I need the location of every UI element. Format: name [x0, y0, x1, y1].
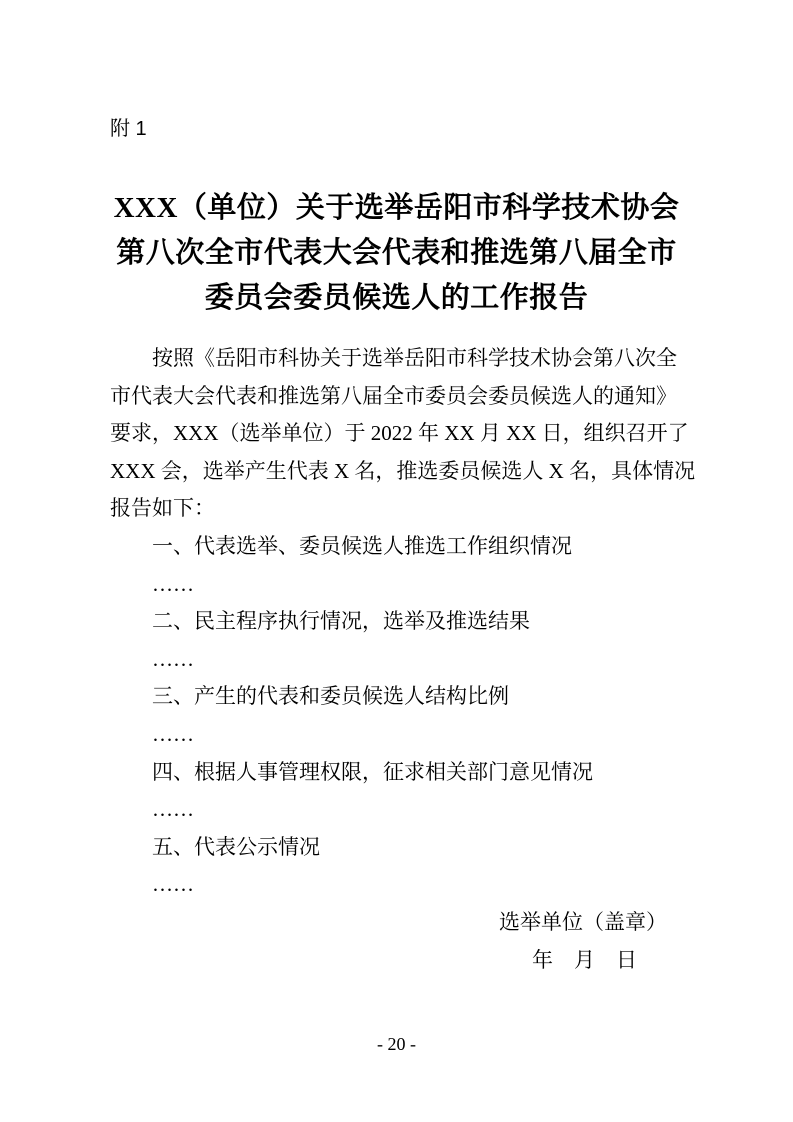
- ellipsis-line: ……: [110, 716, 688, 754]
- body-paragraph-line: 按照《岳阳市科协关于选举岳阳市科学技术协会第八次全: [110, 340, 688, 378]
- page-number: - 20 -: [0, 1034, 793, 1055]
- signature-unit-line: 选举单位（盖章）: [110, 904, 688, 942]
- title-line-1: XXX（单位）关于选举岳阳市科学技术协会: [0, 186, 793, 231]
- section-item-heading: 一、代表选举、委员候选人推选工作组织情况: [110, 528, 688, 566]
- body-paragraph-line: 报告如下：: [110, 490, 688, 528]
- section-item-heading: 四、根据人事管理权限，征求相关部门意见情况: [110, 754, 688, 792]
- ellipsis-line: ……: [110, 866, 688, 904]
- document-page: 附 1 XXX（单位）关于选举岳阳市科学技术协会 第八次全市代表大会代表和推选第…: [0, 0, 793, 1122]
- section-item-heading: 五、代表公示情况: [110, 829, 688, 867]
- section-item-heading: 三、产生的代表和委员候选人结构比例: [110, 678, 688, 716]
- signature-date-line: 年 月 日: [110, 942, 688, 980]
- body-paragraph-line: XXX 会，选举产生代表 X 名，推选委员候选人 X 名，具体情况: [110, 453, 688, 491]
- section-item-heading: 二、民主程序执行情况，选举及推选结果: [110, 603, 688, 641]
- attachment-label: 附 1: [110, 112, 147, 141]
- title-line-2: 第八次全市代表大会代表和推选第八届全市: [0, 231, 793, 276]
- ellipsis-line: ……: [110, 566, 688, 604]
- title-line-3: 委员会委员候选人的工作报告: [0, 276, 793, 321]
- body-paragraph-line: 市代表大会代表和推选第八届全市委员会委员候选人的通知》: [110, 378, 688, 416]
- document-title: XXX（单位）关于选举岳阳市科学技术协会 第八次全市代表大会代表和推选第八届全市…: [0, 186, 793, 321]
- document-body: 按照《岳阳市科协关于选举岳阳市科学技术协会第八次全 市代表大会代表和推选第八届全…: [110, 340, 688, 979]
- ellipsis-line: ……: [110, 641, 688, 679]
- ellipsis-line: ……: [110, 791, 688, 829]
- body-paragraph-line: 要求，XXX（选举单位）于 2022 年 XX 月 XX 日，组织召开了: [110, 415, 688, 453]
